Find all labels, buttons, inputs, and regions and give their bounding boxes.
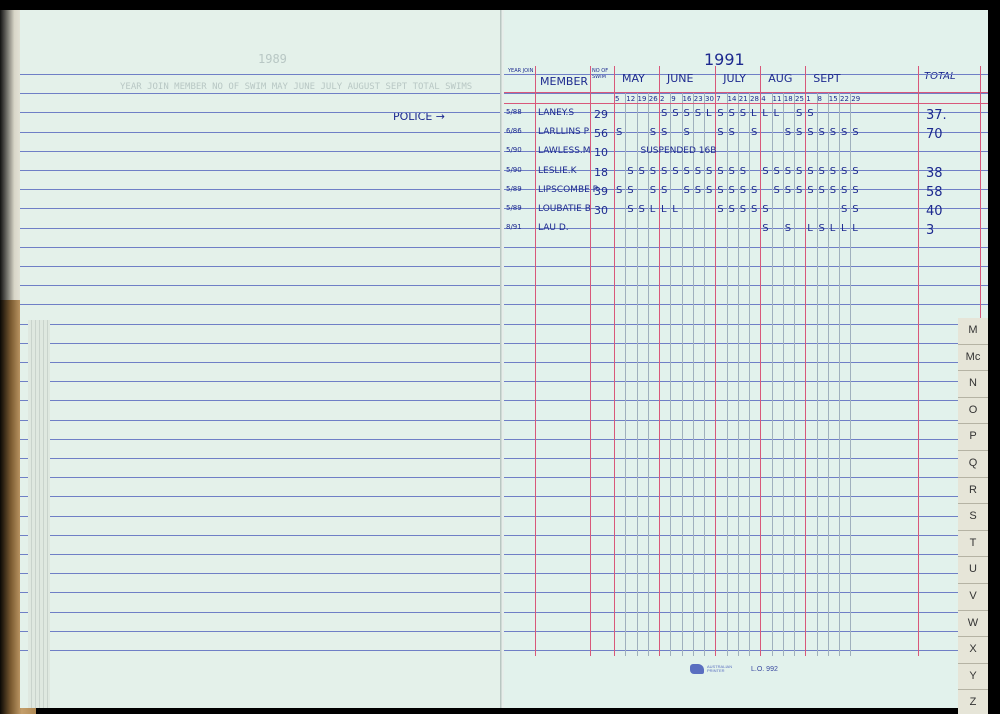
faint-header-row: YEAR JOIN MEMBER NO OF SWIM MAY JUNE JUL… [120, 82, 472, 92]
month-header-july: JULY [723, 72, 746, 85]
attendance-mark: S [819, 223, 825, 234]
date-header: 29 [851, 95, 860, 103]
attendance-mark: S [830, 127, 836, 138]
total-swims: 37. [926, 108, 947, 123]
date-header: 11 [773, 95, 782, 103]
ruled-line [504, 496, 988, 497]
year-join: 5/90 [506, 146, 522, 154]
attendance-mark: S [819, 127, 825, 138]
attendance-mark: S [841, 166, 847, 177]
index-tab-n[interactable]: N [958, 371, 988, 398]
prior-swims: 18 [594, 166, 608, 179]
attendance-mark: S [684, 108, 690, 119]
ruled-line [504, 516, 988, 517]
index-tab-m[interactable]: M [958, 318, 988, 345]
attendance-mark: S [729, 127, 735, 138]
ruled-line [20, 132, 502, 133]
ruled-line [20, 304, 502, 305]
attendance-mark: S [627, 185, 633, 196]
ruled-line [504, 381, 988, 382]
ruled-line [504, 343, 988, 344]
month-header-sept: SEPT [813, 72, 840, 85]
ruled-line [504, 650, 988, 651]
attendance-mark: L [706, 108, 712, 119]
ruled-line [20, 573, 502, 574]
attendance-mark: S [830, 166, 836, 177]
attendance-mark: S [639, 166, 645, 177]
attendance-mark: S [796, 166, 802, 177]
attendance-mark: S [807, 108, 813, 119]
attendance-mark: S [695, 166, 701, 177]
attendance-mark: S [729, 185, 735, 196]
ruled-line [504, 592, 988, 593]
index-tab-r[interactable]: R [958, 478, 988, 505]
attendance-mark: S [774, 166, 780, 177]
attendance-mark: S [717, 166, 723, 177]
date-header: 28 [750, 95, 759, 103]
attendance-mark: S [807, 166, 813, 177]
attendance-mark: S [661, 127, 667, 138]
attendance-mark: S [852, 127, 858, 138]
page-stack-edge [28, 320, 50, 708]
header-divider [504, 92, 988, 93]
date-header: 26 [649, 95, 658, 103]
attendance-mark: L [807, 223, 813, 234]
ruled-line [20, 496, 502, 497]
attendance-mark: S [762, 223, 768, 234]
attendance-mark: S [706, 166, 712, 177]
footer: AUSTRALIAN PRINTERL.O. 992 [690, 664, 778, 674]
date-header: 18 [784, 95, 793, 103]
ruled-line [504, 535, 988, 536]
attendance-mark: S [852, 166, 858, 177]
ruled-line [20, 266, 502, 267]
attendance-mark: S [740, 108, 746, 119]
ruled-line [20, 151, 502, 152]
attendance-mark: S [729, 166, 735, 177]
attendance-mark: S [695, 185, 701, 196]
ruled-line [504, 477, 988, 478]
table-row: 6/86LARLLINS P56SSSSSSSSSSSSSS70 [504, 127, 988, 145]
right-page: 1991 YEAR JOIN MEMBER NO OF SWIM TOTAL A… [504, 10, 988, 708]
table-row: 5/90LAWLESS.M10SUSPENDED 16B [504, 146, 988, 164]
ruled-line [20, 74, 502, 75]
date-header: 19 [638, 95, 647, 103]
ruled-line [504, 573, 988, 574]
date-header: 1 [806, 95, 810, 103]
attendance-mark: S [796, 185, 802, 196]
attendance-mark: S [729, 108, 735, 119]
member-name: LOUBATIE B [538, 204, 591, 214]
attendance-mark: S [785, 185, 791, 196]
index-tab-p[interactable]: P [958, 424, 988, 451]
attendance-mark: S [762, 204, 768, 215]
ruled-line [20, 228, 502, 229]
prior-swims: 10 [594, 146, 608, 159]
attendance-mark: S [684, 127, 690, 138]
ruled-line [504, 420, 988, 421]
attendance-mark: L [650, 204, 656, 215]
date-header: 15 [829, 95, 838, 103]
attendance-mark: L [661, 204, 667, 215]
month-header-may: MAY [622, 72, 645, 85]
date-header: 14 [728, 95, 737, 103]
ruled-line [504, 554, 988, 555]
attendance-mark: S [706, 185, 712, 196]
attendance-mark: S [774, 185, 780, 196]
attendance-mark: S [661, 166, 667, 177]
prior-swims: 29 [594, 108, 608, 121]
attendance-mark: S [841, 204, 847, 215]
attendance-mark: S [852, 185, 858, 196]
ruled-line [20, 285, 502, 286]
date-header: 16 [683, 95, 692, 103]
index-tabs: MMcNOPQRSTUVWXYZ [958, 318, 988, 710]
ruled-line [20, 381, 502, 382]
member-name: LIPSCOMBE P [538, 185, 598, 195]
total-swims: 3 [926, 223, 934, 238]
ruled-line [20, 189, 502, 190]
ruled-line [504, 304, 988, 305]
prior-swims: 39 [594, 185, 608, 198]
attendance-mark: S [616, 127, 622, 138]
attendance-mark: S [729, 204, 735, 215]
ruled-line [504, 362, 988, 363]
ruled-line [504, 458, 988, 459]
index-tab-t[interactable]: T [958, 531, 988, 558]
attendance-mark: S [639, 204, 645, 215]
year-join: 5/89 [506, 185, 522, 193]
member-name: LARLLINS P [538, 127, 589, 137]
attendance-mark: S [807, 185, 813, 196]
table-row: 5/88LANEY.S29SSSSLSSSLLLSS37. [504, 108, 988, 126]
ledger-year: 1991 [704, 50, 745, 69]
attendance-mark: S [672, 166, 678, 177]
attendance-mark: S [785, 127, 791, 138]
attendance-mark: S [627, 204, 633, 215]
member-name: LANEY.S [538, 108, 574, 118]
attendance-mark: S [661, 185, 667, 196]
publisher-name: AUSTRALIAN PRINTER [707, 665, 743, 673]
attendance-mark: S [785, 166, 791, 177]
attendance-mark: L [672, 204, 678, 215]
attendance-mark: S [751, 204, 757, 215]
year-join: 8/91 [506, 223, 522, 231]
ruled-line [504, 439, 988, 440]
attendance-mark: S [740, 166, 746, 177]
total-swims: 58 [926, 185, 943, 200]
attendance-mark: L [762, 108, 768, 119]
header-divider [504, 103, 988, 104]
ruled-line [20, 477, 502, 478]
date-header: 12 [626, 95, 635, 103]
date-header: 9 [671, 95, 675, 103]
attendance-mark: S [684, 166, 690, 177]
date-header: 5 [615, 95, 619, 103]
attendance-mark: S [807, 127, 813, 138]
year-join: 6/86 [506, 127, 522, 135]
date-header: 8 [818, 95, 822, 103]
month-header-aug: AUG [768, 72, 792, 85]
ruled-line [20, 631, 502, 632]
ruled-line [20, 343, 502, 344]
attendance-mark: L [841, 223, 847, 234]
attendance-mark: S [841, 127, 847, 138]
ruled-line [20, 420, 502, 421]
index-tab-z[interactable]: Z [958, 690, 988, 714]
ruled-line [20, 112, 502, 113]
attendance-mark: S [661, 108, 667, 119]
attendance-mark: S [841, 185, 847, 196]
ruled-line [504, 631, 988, 632]
index-tab-q[interactable]: Q [958, 451, 988, 478]
attendance-mark: S [616, 185, 622, 196]
ruled-line [504, 266, 988, 267]
attendance-mark: S [740, 204, 746, 215]
ruled-line [20, 516, 502, 517]
table-row: 5/90LESLIE.K18SSSSSSSSSSSSSSSSSSSS38 [504, 166, 988, 184]
total-swims: 70 [926, 127, 943, 142]
ruled-line [504, 324, 988, 325]
faint-year: 1989 [258, 52, 287, 66]
ruled-line [20, 170, 502, 171]
ruled-line [20, 400, 502, 401]
col-total-header: TOTAL [924, 71, 956, 82]
form-code: L.O. 992 [751, 666, 778, 673]
attendance-mark: S [684, 185, 690, 196]
ruled-line [504, 93, 988, 94]
attendance-mark: S [695, 108, 701, 119]
attendance-mark: S [796, 127, 802, 138]
attendance-mark: S [796, 108, 802, 119]
year-join: 5/89 [506, 204, 522, 212]
index-tab-o[interactable]: O [958, 398, 988, 425]
attendance-mark: L [774, 108, 780, 119]
attendance-mark: S [785, 223, 791, 234]
year-join: 5/90 [506, 166, 522, 174]
year-join: 5/88 [506, 108, 522, 116]
date-header: 25 [795, 95, 804, 103]
prior-swims: 56 [594, 127, 608, 140]
attendance-mark: S [650, 185, 656, 196]
ruled-line [20, 362, 502, 363]
attendance-mark: L [852, 223, 858, 234]
date-header: 2 [660, 95, 664, 103]
ruled-line [20, 612, 502, 613]
member-name: LESLIE.K [538, 166, 577, 176]
index-tab-x[interactable]: X [958, 637, 988, 664]
attendance-mark: L [830, 223, 836, 234]
member-name: LAU D. [538, 223, 569, 233]
ruled-line [20, 439, 502, 440]
index-tab-y[interactable]: Y [958, 664, 988, 691]
attendance-mark: L [751, 108, 757, 119]
ruled-line [504, 400, 988, 401]
attendance-mark: S [672, 108, 678, 119]
left-page: 1989 YEAR JOIN MEMBER NO OF SWIM MAY JUN… [20, 10, 502, 708]
date-header: 22 [840, 95, 849, 103]
date-header: 7 [716, 95, 720, 103]
ruled-line [504, 285, 988, 286]
attendance-mark: S [650, 127, 656, 138]
attendance-mark: S [819, 185, 825, 196]
date-header: 4 [761, 95, 765, 103]
index-tab-v[interactable]: V [958, 584, 988, 611]
attendance-mark: S [717, 127, 723, 138]
ruled-line [20, 324, 502, 325]
ruled-line [20, 458, 502, 459]
col-member-header: MEMBER [540, 75, 588, 88]
index-tab-u[interactable]: U [958, 557, 988, 584]
attendance-mark: S [650, 166, 656, 177]
attendance-mark: S [751, 127, 757, 138]
index-tab-s[interactable]: S [958, 504, 988, 531]
attendance-mark: S [717, 108, 723, 119]
ruled-line [20, 208, 502, 209]
date-header: 23 [694, 95, 703, 103]
member-name: LAWLESS.M [538, 146, 591, 156]
attendance-mark: S [751, 185, 757, 196]
index-tab-w[interactable]: W [958, 611, 988, 638]
row-note: SUSPENDED 16B [641, 146, 717, 156]
ruled-line [504, 247, 988, 248]
total-swims: 38 [926, 166, 943, 181]
month-header-june: JUNE [667, 72, 693, 85]
ruled-line [20, 535, 502, 536]
total-swims: 40 [926, 204, 943, 219]
ruled-line [20, 592, 502, 593]
publisher-logo-icon [690, 664, 704, 674]
attendance-mark: S [627, 166, 633, 177]
ruled-line [20, 247, 502, 248]
ruled-line [504, 74, 988, 75]
attendance-mark: S [762, 166, 768, 177]
ruled-line [20, 554, 502, 555]
ruled-line [20, 93, 502, 94]
prior-swims: 30 [594, 204, 608, 217]
table-row: 8/91LAU D.SSLSLLL3 [504, 223, 988, 241]
date-header: 30 [705, 95, 714, 103]
date-header: 21 [739, 95, 748, 103]
attendance-mark: S [717, 185, 723, 196]
ruled-line [504, 612, 988, 613]
attendance-mark: S [830, 185, 836, 196]
attendance-mark: S [740, 185, 746, 196]
index-tab-mc[interactable]: Mc [958, 345, 988, 372]
table-row: 5/89LOUBATIE B30SSLLLSSSSSSS40 [504, 204, 988, 222]
attendance-mark: S [852, 204, 858, 215]
table-row: 5/89LIPSCOMBE P39SSSSSSSSSSSSSSSSSSS58 [504, 185, 988, 203]
attendance-mark: S [717, 204, 723, 215]
attendance-mark: S [819, 166, 825, 177]
ruled-line [20, 650, 502, 651]
